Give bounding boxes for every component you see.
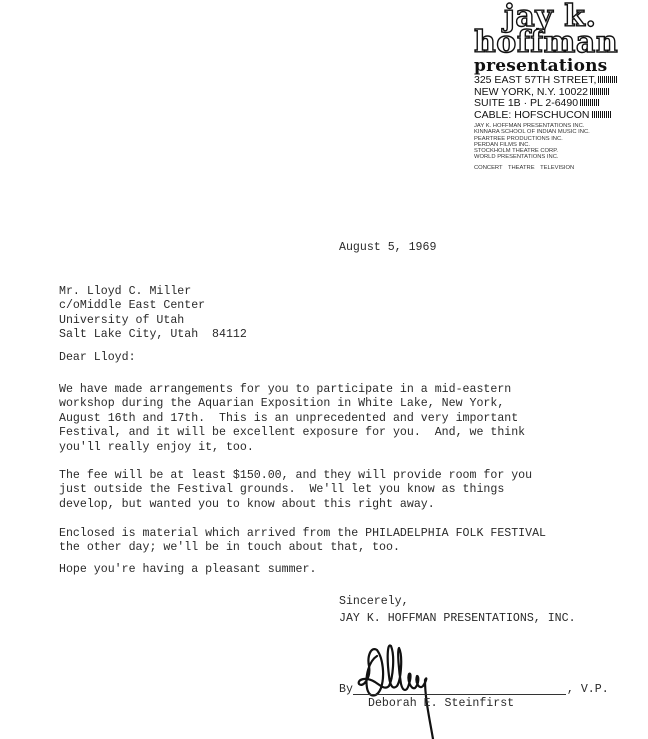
signature-line bbox=[353, 694, 566, 695]
recipient-line: c/oMiddle East Center bbox=[59, 299, 247, 313]
by-label: By bbox=[339, 683, 353, 696]
barcode-mark-icon bbox=[592, 111, 612, 118]
title-suffix: , V.P. bbox=[567, 683, 609, 696]
barcode-mark-icon bbox=[590, 88, 610, 95]
letterhead-name-line3: presentations bbox=[474, 58, 646, 75]
recipient-address: Mr. Lloyd C. Millerc/oMiddle East Center… bbox=[59, 285, 247, 343]
barcode-mark-icon bbox=[598, 76, 618, 83]
letterhead-name-line2: hoffman bbox=[474, 28, 646, 58]
body-paragraph-4: Hope you're having a pleasant summer. bbox=[59, 563, 316, 577]
barcode-mark-icon bbox=[580, 99, 600, 106]
signature-by-row: By, V.P. bbox=[339, 683, 609, 697]
letterhead: jay k. hoffman presentations 325 EAST 57… bbox=[474, 2, 646, 171]
recipient-line: Salt Lake City, Utah 84112 bbox=[59, 328, 247, 342]
letter-date: August 5, 1969 bbox=[339, 241, 436, 255]
body-paragraph-1: We have made arrangements for you to par… bbox=[59, 383, 525, 455]
closing: Sincerely, bbox=[339, 595, 409, 609]
letterhead-address-cable: CABLE: HOFSCHUCON bbox=[474, 110, 646, 122]
affiliate-item: WORLD PRESENTATIONS INC. bbox=[474, 154, 646, 160]
letterhead-services: CONCERT THEATRE TELEVISION bbox=[474, 165, 646, 171]
recipient-line: Mr. Lloyd C. Miller bbox=[59, 285, 247, 299]
body-paragraph-2: The fee will be at least $150.00, and th… bbox=[59, 469, 532, 512]
letterhead-affiliates: JAY K. HOFFMAN PRESENTATIONS INC. KINNAR… bbox=[474, 123, 646, 161]
salutation: Dear Lloyd: bbox=[59, 351, 136, 365]
signer-name: Deborah E. Steinfirst bbox=[368, 697, 514, 711]
letter-page: jay k. hoffman presentations 325 EAST 57… bbox=[0, 0, 648, 739]
recipient-line: University of Utah bbox=[59, 314, 247, 328]
body-paragraph-3: Enclosed is material which arrived from … bbox=[59, 527, 546, 556]
signature-company: JAY K. HOFFMAN PRESENTATIONS, INC. bbox=[339, 612, 576, 626]
